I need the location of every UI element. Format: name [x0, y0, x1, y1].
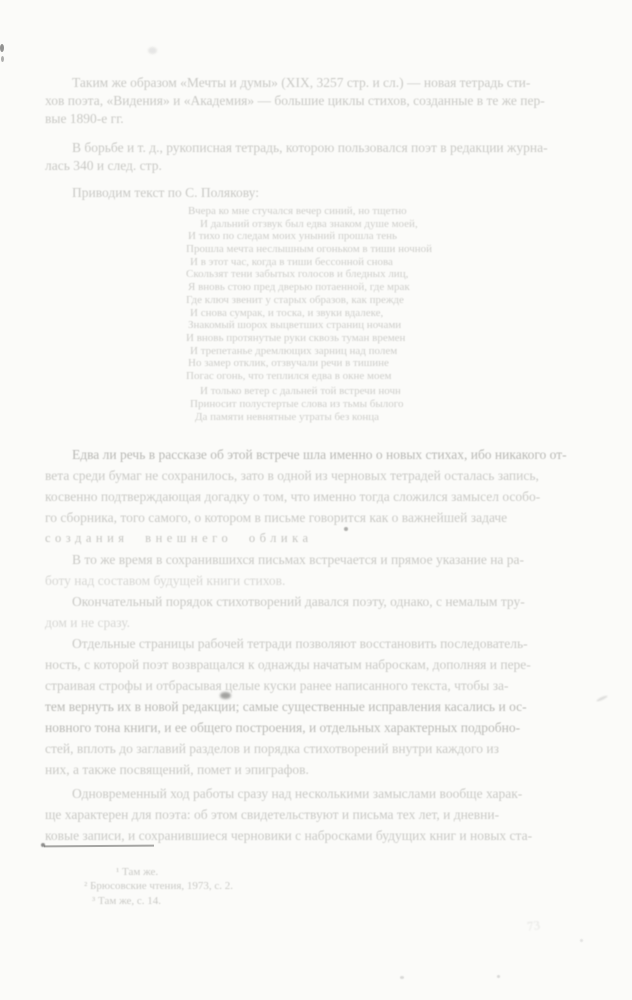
poem-line: Знакомый шорох выцветших страниц ночами: [188, 319, 410, 332]
poem-line: Но замер отклик, отзвучали речи в тишине: [188, 357, 430, 370]
text-line: Окончательный порядок стихотворений дава…: [72, 594, 562, 611]
text-line: Едва ли речь в рассказе об этой встрече …: [72, 447, 585, 464]
scanned-page: 73 Таким же образом «Мечты и думы» (XIX,…: [0, 0, 632, 1000]
poem-line: Погас огонь, что теплился едва в окне мо…: [186, 370, 415, 383]
text-line: В то же время в сохранившихся письмах вс…: [72, 552, 555, 569]
poem-line: Прошла мечта неслышным огоньком в тиши н…: [186, 243, 452, 256]
text-line: косвенно подтверждающая догадку о том, ч…: [45, 489, 585, 506]
text-line: вые 1890-е гг.: [45, 111, 157, 128]
poem-line: Скользят тени забытых голосов и бледных …: [186, 268, 432, 281]
text-line: Приводим текст по С. Полякову:: [72, 185, 324, 202]
edge-mark: [1, 56, 4, 62]
text-line: стей, вплоть до заглавий разделов и поря…: [45, 741, 588, 758]
speck: [580, 939, 583, 942]
poem-line: Вчера ко мне стучался вечер синий, но тщ…: [188, 205, 410, 218]
speck: [596, 695, 608, 703]
footnote-line: ¹ Там же.: [116, 866, 188, 879]
poem-line: Я вновь стою пред дверью потаенной, где …: [188, 281, 420, 294]
footnote-line: ² Брюсовские чтения, 1973, с. 2.: [84, 880, 254, 893]
speck: [148, 47, 157, 54]
poem-line: Да памяти невнятные утраты без конца: [195, 411, 430, 424]
text-line: Отдельные страницы рабочей тетради позво…: [72, 636, 585, 653]
poem-line: Где ключ звенит у старых образов, как пр…: [186, 294, 410, 307]
text-line: дом и не сразу.: [45, 615, 185, 632]
speck: [344, 527, 348, 531]
speck: [497, 975, 500, 978]
text-line: них, а также посвящений, помет и эпиграф…: [45, 762, 330, 779]
text-line: хов поэта, «Видения» и «Академия» — боль…: [45, 93, 585, 110]
poem-line: И только ветер с дальней той встречи ноч…: [200, 385, 400, 398]
text-line: тем вернуть их в новой редакции; самые с…: [45, 699, 585, 716]
text-line: Одновременный ход работы сразу над неско…: [72, 786, 540, 803]
text-line: страивая строфы и отбрасывая целые куски…: [45, 678, 588, 695]
text-line: создания внешнего облика: [45, 531, 318, 548]
text-line: ковые записи, и сохранившиеся черновики …: [45, 828, 588, 845]
ink-smudge: [220, 692, 231, 699]
text-line: В борьбе и т. д., рукописная тетрадь, ко…: [72, 140, 585, 157]
footnote-rule: [44, 845, 154, 848]
poem-line: Приносит полустертые слова из тьмы былог…: [190, 398, 445, 411]
text-line: боту над составом будущей книги стихов.: [45, 573, 390, 590]
text-line: ще характерен для поэта: об этом свидете…: [45, 807, 588, 824]
text-line: ность, с которой поэт возвращался к одна…: [45, 657, 592, 674]
text-line: лась 340 и след. стр.: [45, 158, 205, 175]
poem-line: И вновь протянутые руки сквозь туман вре…: [186, 332, 440, 345]
page-number: 73: [526, 917, 541, 935]
text-line: го сборника, того самого, о котором в пи…: [45, 510, 588, 527]
speck: [400, 976, 404, 979]
text-line: Таким же образом «Мечты и думы» (XIX, 32…: [72, 75, 585, 92]
poem-line: И тихо по следам моих уныний прошла тень: [188, 230, 420, 243]
text-line: вета среди бумаг не сохранилось, зато в …: [45, 468, 592, 485]
footnote-line: ³ Там же, с. 14.: [92, 895, 210, 908]
text-line: новного тона книги, и ее общего построен…: [45, 720, 590, 737]
edge-mark: [0, 44, 4, 52]
